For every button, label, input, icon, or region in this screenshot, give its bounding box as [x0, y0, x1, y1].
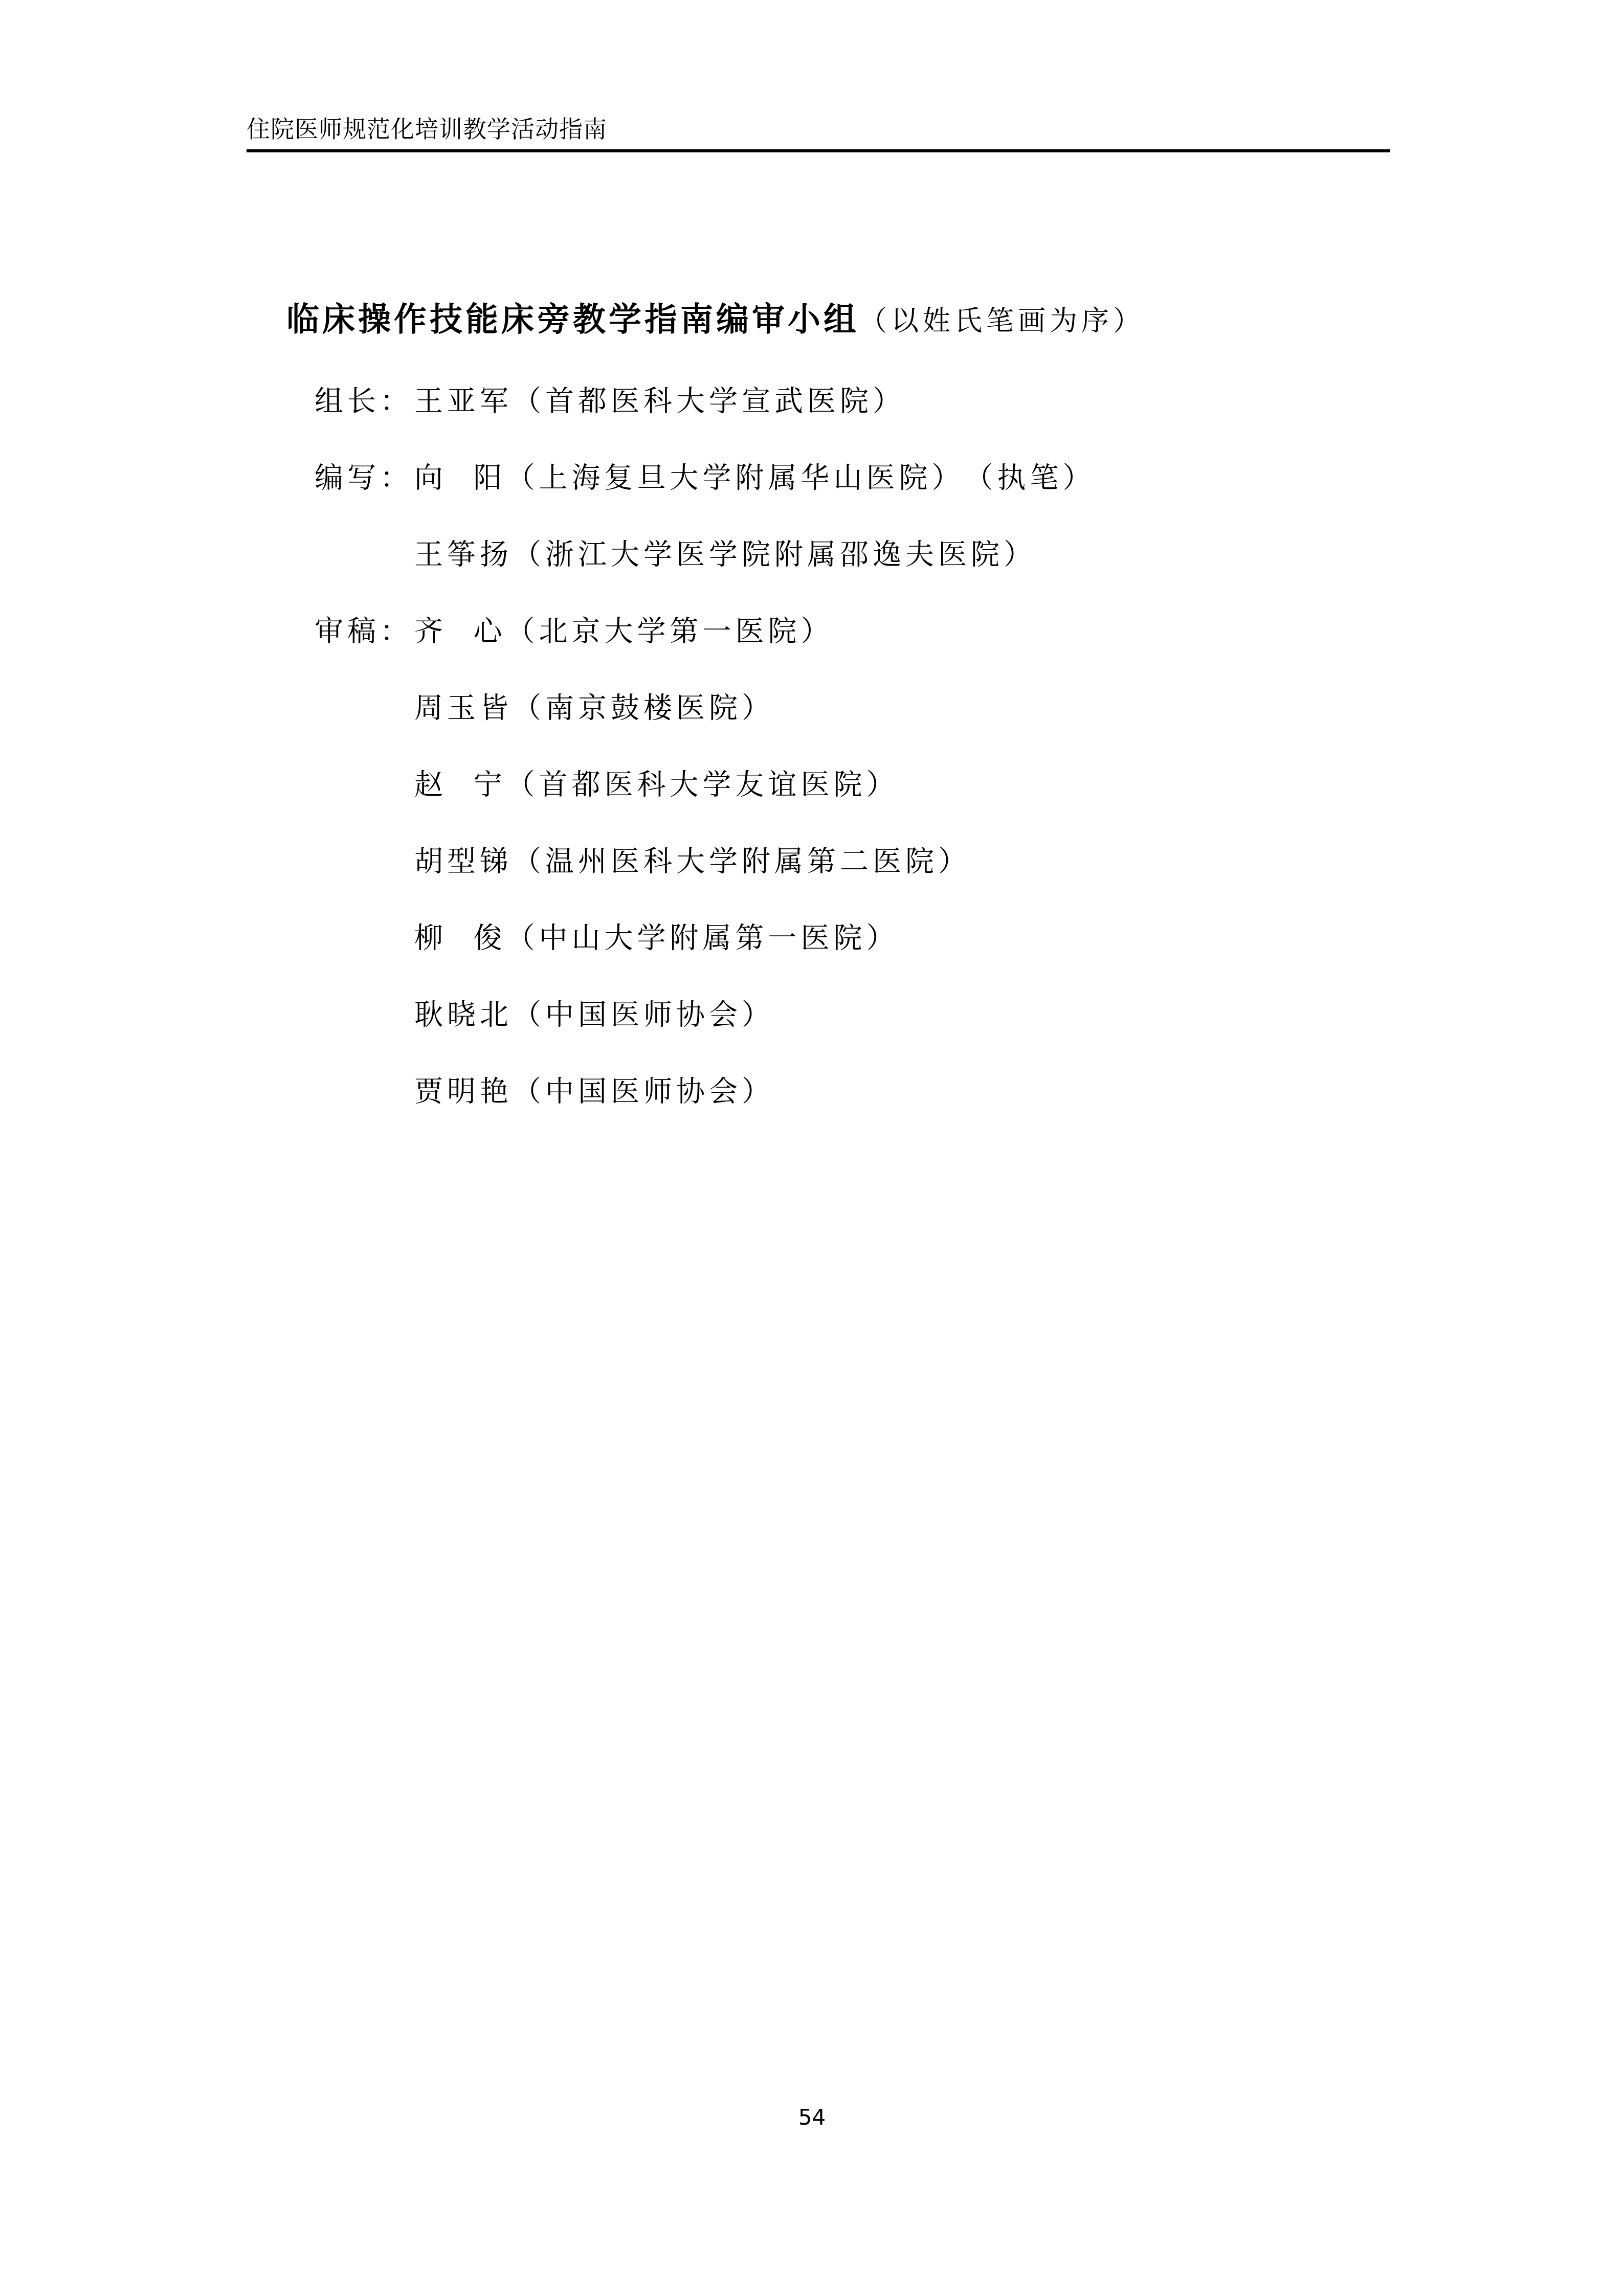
member-affiliation: （温州医科大学附属第二医院）: [513, 841, 971, 882]
roster-row: 胡型锑 （温州医科大学附属第二医院）: [315, 841, 1096, 918]
roster-row: 编写： 向 阳 （上海复旦大学附属华山医院） （执笔）: [315, 458, 1096, 534]
header-divider: [247, 149, 1390, 152]
section-title: 临床操作技能床旁教学指南编审小组（以姓氏笔画为序）: [286, 299, 1145, 342]
member-affiliation: （北京大学第一医院）: [506, 611, 834, 652]
member-affiliation: （中国医师协会）: [513, 995, 774, 1036]
role-label: 审稿：: [315, 611, 414, 652]
page-number: 54: [0, 2105, 1624, 2130]
member-affiliation: （浙江大学医学院附属邵逸夫医院）: [513, 534, 1036, 575]
member-name: 贾明艳: [414, 1071, 513, 1112]
role-label: 编写：: [315, 458, 414, 499]
member-affiliation: （南京鼓楼医院）: [513, 688, 774, 729]
member-name: 赵 宁: [414, 764, 506, 805]
roster-row: 柳 俊 （中山大学附属第一医院）: [315, 918, 1096, 995]
editorial-roster: 组长： 王亚军 （首都医科大学宣武医院） 编写： 向 阳 （上海复旦大学附属华山…: [315, 381, 1096, 1148]
member-note: （执笔）: [965, 458, 1096, 499]
member-name: 向 阳: [414, 458, 506, 499]
section-title-text: 临床操作技能床旁教学指南编审小组: [286, 301, 859, 339]
member-name: 王亚军: [414, 381, 513, 422]
member-name: 周玉皆: [414, 688, 513, 729]
member-affiliation: （中山大学附属第一医院）: [506, 918, 899, 959]
roster-row: 周玉皆 （南京鼓楼医院）: [315, 688, 1096, 764]
role-label: 组长：: [315, 381, 414, 422]
member-name: 胡型锑: [414, 841, 513, 882]
roster-row: 赵 宁 （首都医科大学友谊医院）: [315, 764, 1096, 841]
roster-row: 审稿： 齐 心 （北京大学第一医院）: [315, 611, 1096, 688]
member-affiliation: （中国医师协会）: [513, 1071, 774, 1112]
member-name: 王筝扬: [414, 534, 513, 575]
member-affiliation: （首都医科大学友谊医院）: [506, 764, 899, 805]
member-name: 柳 俊: [414, 918, 506, 959]
member-affiliation: （上海复旦大学附属华山医院）: [506, 458, 965, 499]
roster-row: 王筝扬 （浙江大学医学院附属邵逸夫医院）: [315, 534, 1096, 611]
section-title-note: （以姓氏笔画为序）: [859, 305, 1145, 337]
member-affiliation: （首都医科大学宣武医院）: [513, 381, 905, 422]
roster-row: 贾明艳 （中国医师协会）: [315, 1071, 1096, 1148]
roster-row: 耿晓北 （中国医师协会）: [315, 995, 1096, 1071]
running-header: 住院医师规范化培训教学活动指南: [247, 114, 607, 144]
roster-row: 组长： 王亚军 （首都医科大学宣武医院）: [315, 381, 1096, 458]
member-name: 齐 心: [414, 611, 506, 652]
member-name: 耿晓北: [414, 995, 513, 1036]
